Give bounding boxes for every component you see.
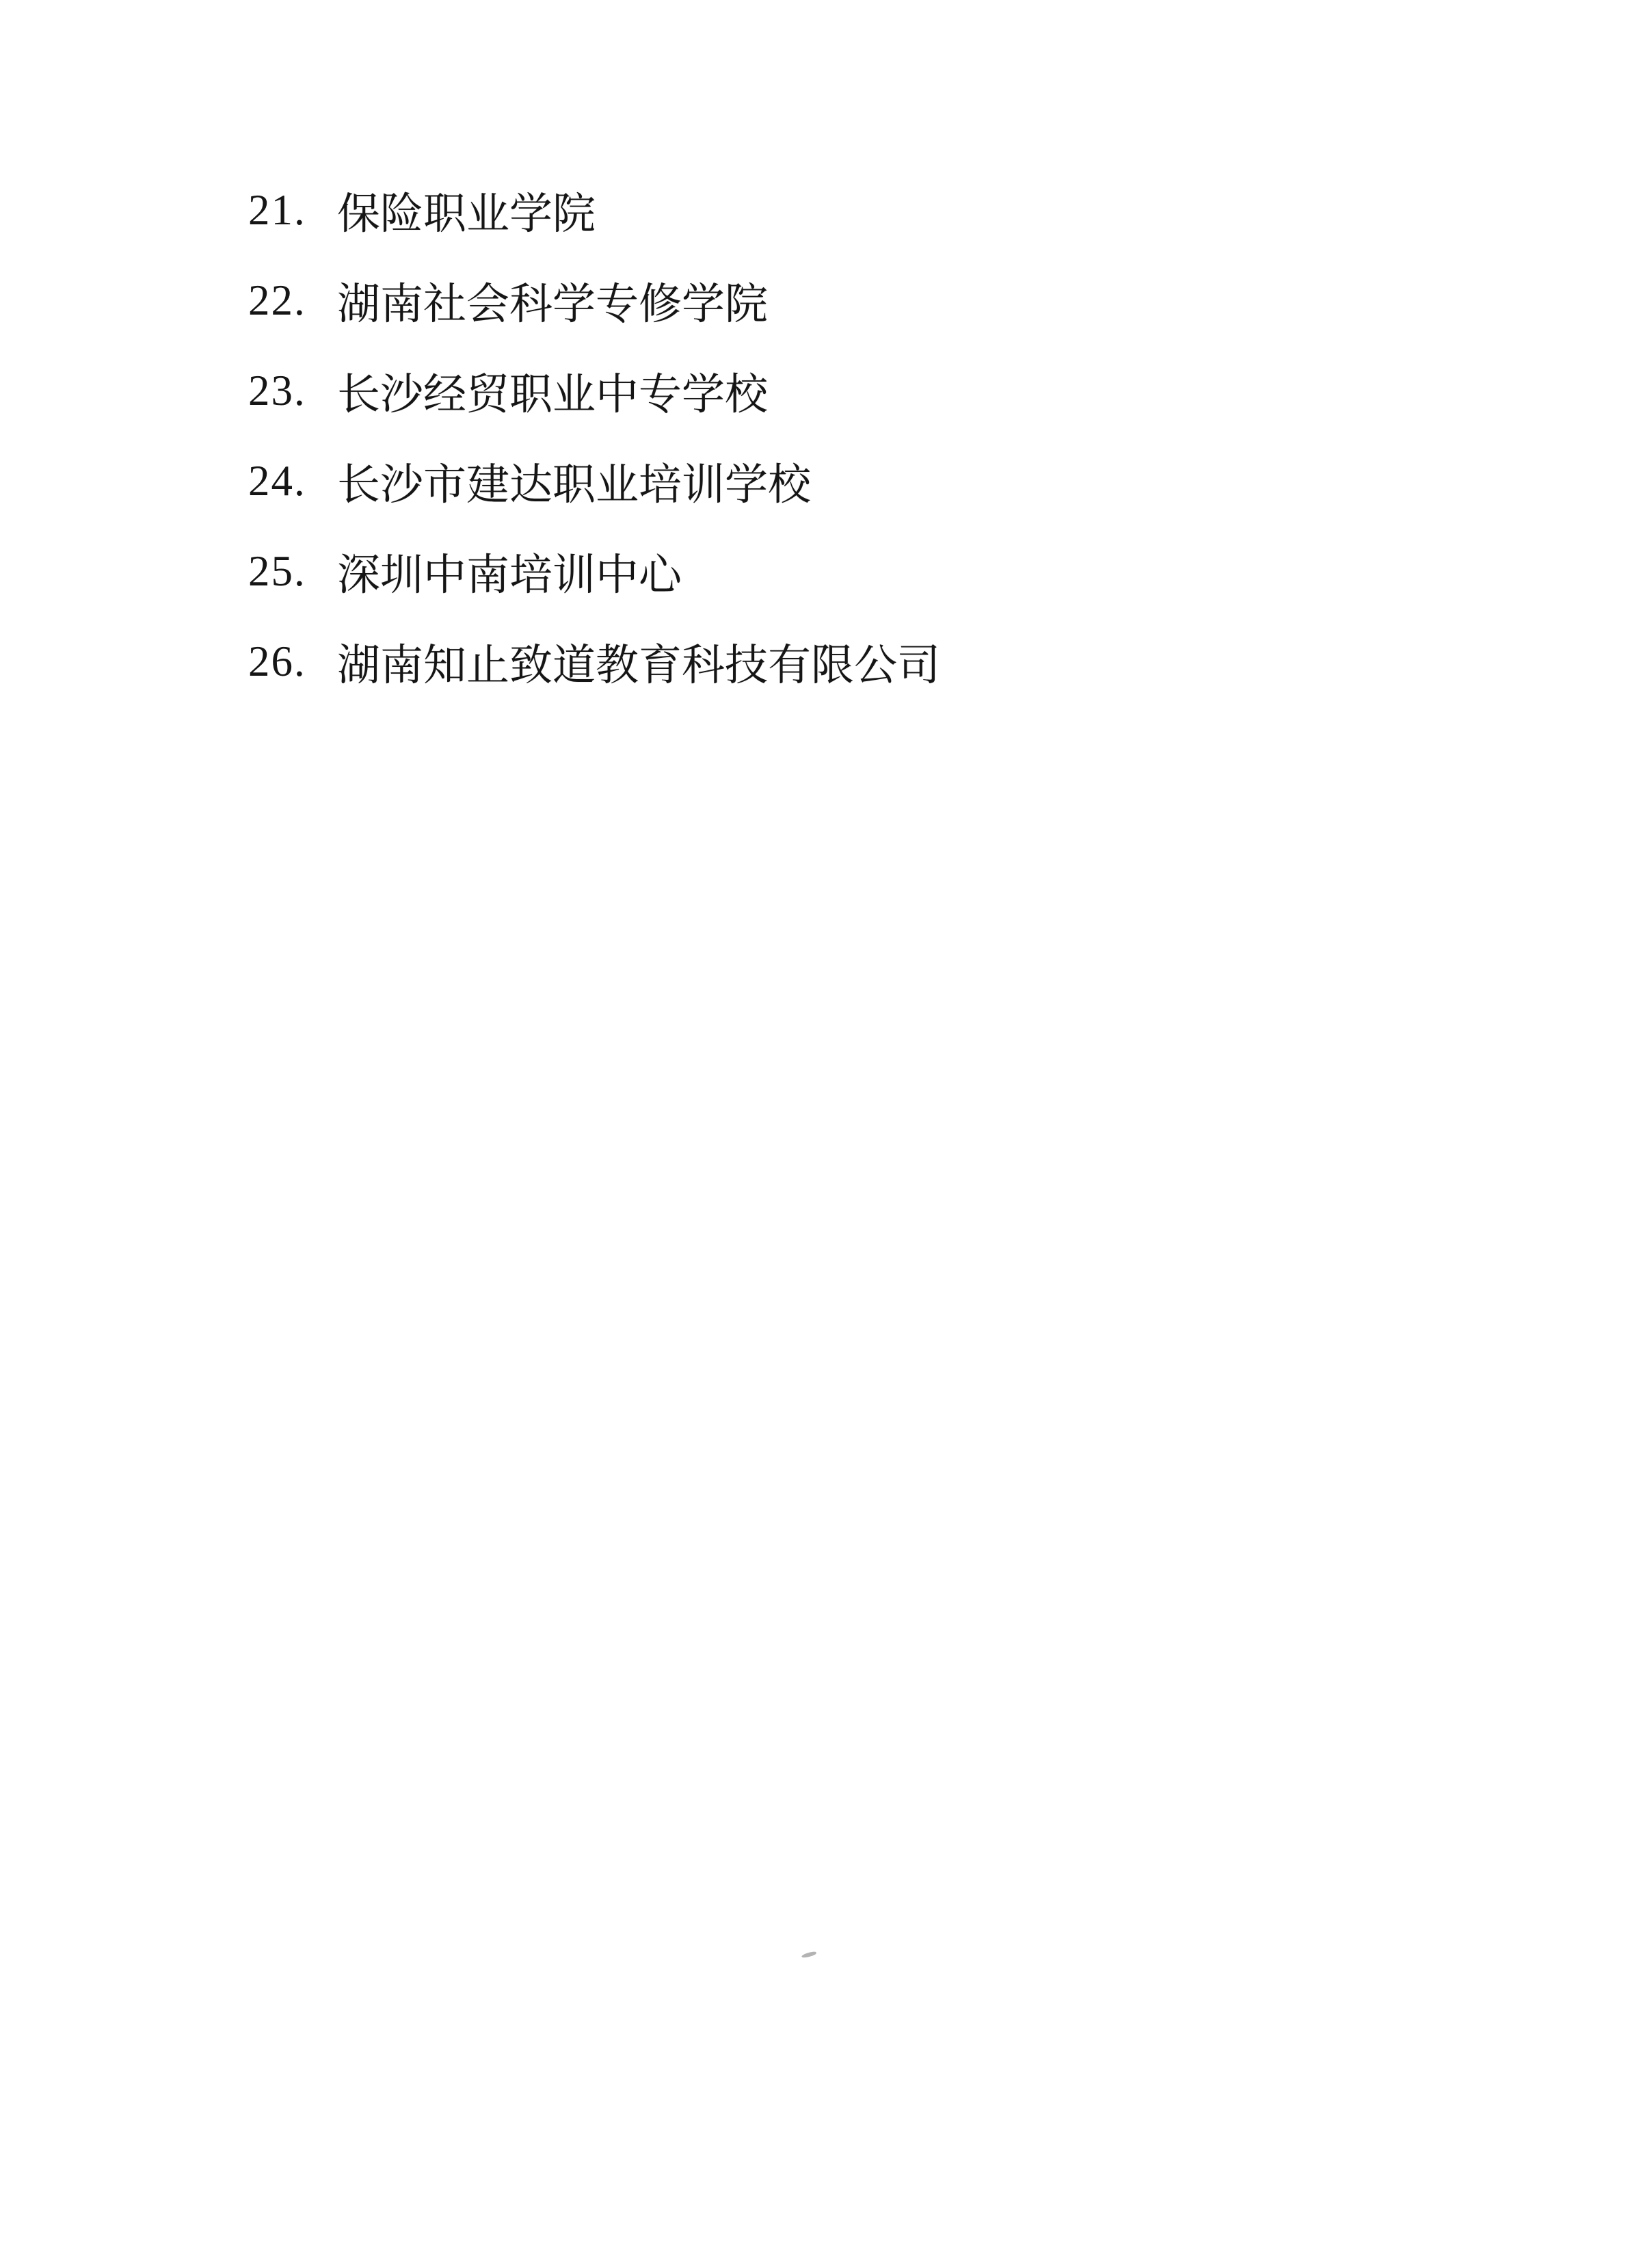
list-item-number: 22. — [248, 276, 337, 326]
list-item: 21. 保险职业学院 — [248, 165, 940, 255]
institution-list: 21. 保险职业学院 22. 湖南社会科学专修学院 23. 长沙经贸职业中专学校… — [248, 165, 940, 707]
list-item: 23. 长沙经贸职业中专学校 — [248, 345, 940, 436]
list-item: 22. 湖南社会科学专修学院 — [248, 255, 940, 345]
list-item-text: 保险职业学院 — [337, 179, 596, 241]
list-item-text: 湖南知止致道教育科技有限公司 — [337, 631, 940, 693]
list-item-text: 长沙市建达职业培训学校 — [337, 450, 811, 512]
list-item: 24. 长沙市建达职业培训学校 — [248, 436, 940, 526]
scan-smudge-mark — [801, 1951, 817, 1958]
list-item: 26. 湖南知止致道教育科技有限公司 — [248, 616, 940, 707]
list-item-number: 26. — [248, 637, 337, 687]
list-item-number: 25. — [248, 546, 337, 596]
document-page: 21. 保险职业学院 22. 湖南社会科学专修学院 23. 长沙经贸职业中专学校… — [0, 0, 1652, 2257]
list-item-text: 长沙经贸职业中专学校 — [337, 360, 768, 422]
list-item-text: 湖南社会科学专修学院 — [337, 269, 768, 332]
list-item-text: 深圳中南培训中心 — [337, 540, 682, 603]
list-item-number: 21. — [248, 185, 337, 235]
list-item-number: 24. — [248, 456, 337, 506]
list-item: 25. 深圳中南培训中心 — [248, 526, 940, 616]
list-item-number: 23. — [248, 366, 337, 416]
